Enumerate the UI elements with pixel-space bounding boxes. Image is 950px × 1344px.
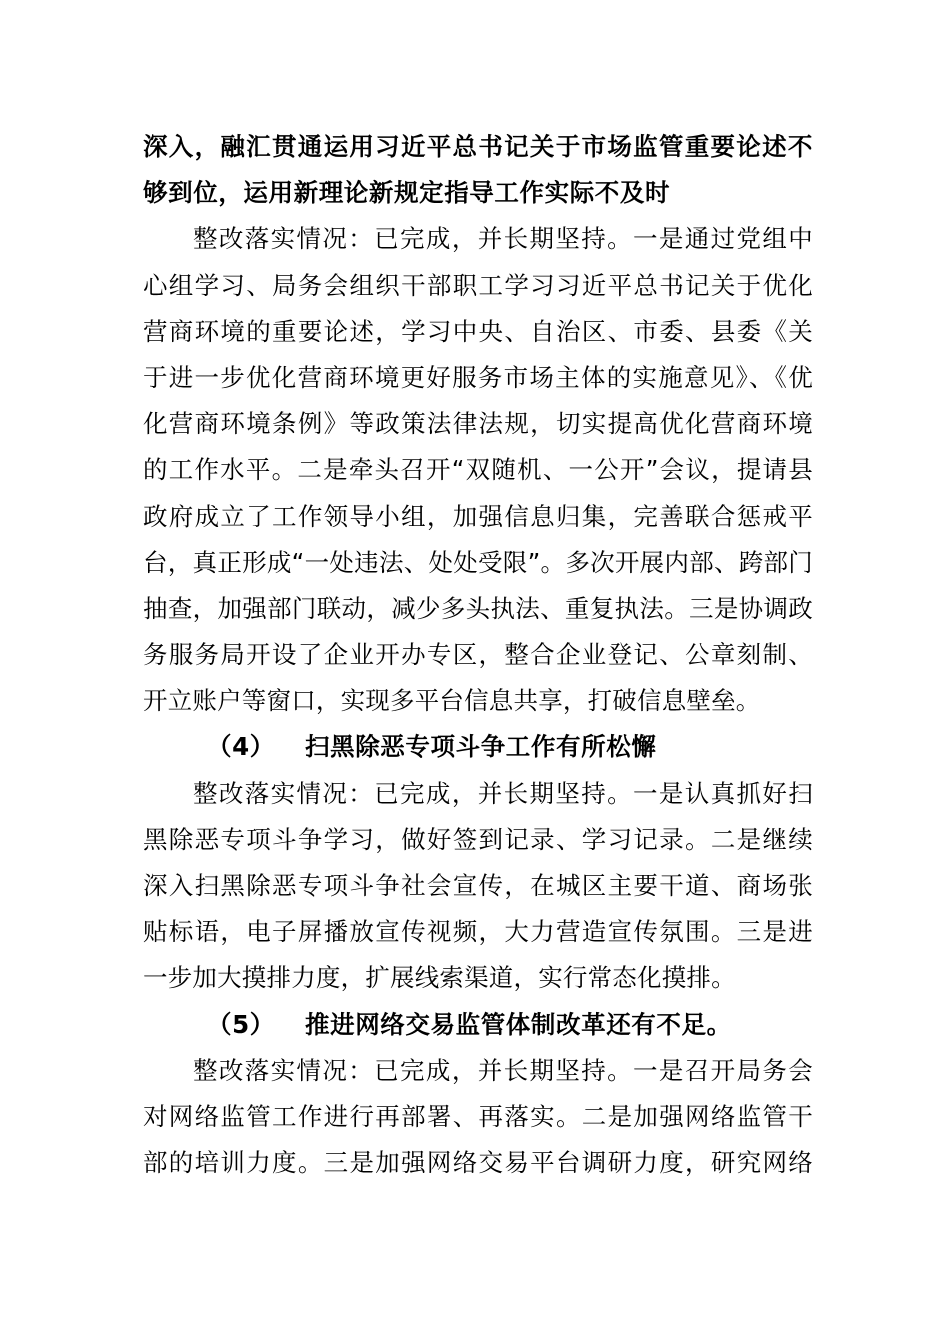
intro-heading-line-2: 够到位，运用新理论新规定指导工作实际不及时 <box>143 170 813 216</box>
section4-title: 扫黑除恶专项斗争工作有所松懈 <box>305 724 656 770</box>
section4-body-line-3: 深入扫黑除恶专项斗争社会宣传，在城区主要干道、商场张 <box>143 863 813 909</box>
section5-body-line-1: 整改落实情况：已完成，并长期坚持。一是召开局务会 <box>143 1048 813 1094</box>
document-body: 深入，融汇贯通运用习近平总书记关于市场监管重要论述不 够到位，运用新理论新规定指… <box>143 124 813 1186</box>
section5-heading: （5）推进网络交易监管体制改革还有不足。 <box>143 1002 813 1048</box>
section3-body-line-8: 台，真正形成“一处违法、处处受限”。多次开展内部、跨部门 <box>143 540 813 586</box>
section5-body-line-3: 部的培训力度。三是加强网络交易平台调研力度，研究网络 <box>143 1140 813 1186</box>
section4-body-line-1: 整改落实情况：已完成，并长期坚持。一是认真抓好扫 <box>143 771 813 817</box>
intro-heading-line-1: 深入，融汇贯通运用习近平总书记关于市场监管重要论述不 <box>143 124 813 170</box>
section3-body-line-10: 务服务局开设了企业开办专区，整合企业登记、公章刻制、 <box>143 632 813 678</box>
section3-body-line-6: 的工作水平。二是牵头召开“双随机、一公开”会议，提请县 <box>143 447 813 493</box>
section3-body-line-2: 心组学习、局务会组织干部职工学习习近平总书记关于优化 <box>143 263 813 309</box>
section5-title: 推进网络交易监管体制改革还有不足。 <box>305 1002 732 1048</box>
section3-body-line-1: 整改落实情况：已完成，并长期坚持。一是通过党组中 <box>143 216 813 262</box>
section4-body-line-5: 一步加大摸排力度，扩展线索渠道，实行常态化摸排。 <box>143 955 813 1001</box>
section3-body-line-7: 政府成立了工作领导小组，加强信息归集，完善联合惩戒平 <box>143 494 813 540</box>
section3-body-line-3: 营商环境的重要论述，学习中央、自治区、市委、县委《关 <box>143 309 813 355</box>
section3-body-line-5: 化营商环境条例》等政策法律法规，切实提高优化营商环境 <box>143 401 813 447</box>
section4-body-line-4: 贴标语，电子屏播放宣传视频，大力营造宣传氛围。三是进 <box>143 909 813 955</box>
section5-body-line-2: 对网络监管工作进行再部署、再落实。二是加强网络监管干 <box>143 1094 813 1140</box>
section4-body-line-2: 黑除恶专项斗争学习，做好签到记录、学习记录。二是继续 <box>143 817 813 863</box>
section3-body-line-9: 抽查，加强部门联动，减少多头执法、重复执法。三是协调政 <box>143 586 813 632</box>
section3-body-line-11: 开立账户等窗口，实现多平台信息共享，打破信息壁垒。 <box>143 678 813 724</box>
section4-heading: （4）扫黑除恶专项斗争工作有所松懈 <box>143 724 813 770</box>
document-page: 深入，融汇贯通运用习近平总书记关于市场监管重要论述不 够到位，运用新理论新规定指… <box>0 0 950 1344</box>
section5-number: （5） <box>207 1002 305 1048</box>
section3-body-line-4: 于进一步优化营商环境更好服务市场主体的实施意见》、《优 <box>143 355 813 401</box>
section4-number: （4） <box>207 724 305 770</box>
